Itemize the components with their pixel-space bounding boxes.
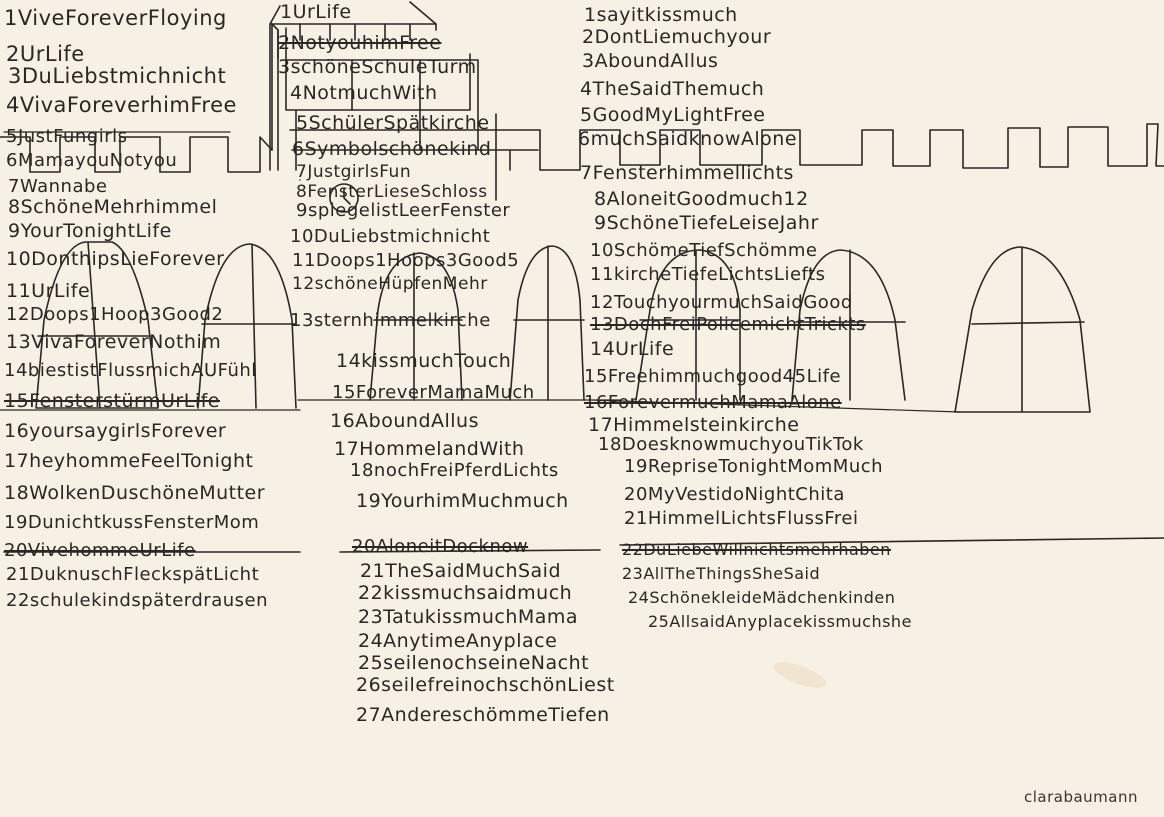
handwritten-line: 8FensterLieseSchloss xyxy=(296,184,488,201)
handwritten-line: 25seilenochseineNacht xyxy=(358,654,589,673)
handwritten-line: 23AllTheThingsSheSaid xyxy=(622,566,820,582)
handwritten-line: 12TouchyourmuchSaidGood xyxy=(590,294,853,312)
handwritten-line: 10DonthipsLieForever xyxy=(6,250,224,269)
handwritten-line: 5GoodMyLightFree xyxy=(580,106,766,125)
handwritten-line-struck: 2NotyouhimFree xyxy=(278,34,441,53)
handwritten-line: 23TatukissmuchMama xyxy=(358,608,578,627)
handwritten-line: 6muchSaidknowAlone xyxy=(578,130,797,149)
handwritten-line: 17Himmelsteinkirche xyxy=(588,416,799,435)
handwritten-line: 14biestistFlussmichAUFühl xyxy=(4,362,257,380)
handwritten-line: 25AllsaidAnyplacekissmuchshe xyxy=(648,614,912,630)
handwritten-line: 5SchülerSpätkirche xyxy=(296,114,490,133)
handwritten-line: 7Wannabe xyxy=(8,178,107,196)
handwritten-line: 11UrLife xyxy=(6,282,90,301)
handwritten-line: 19RepriseTonightMomMuch xyxy=(624,458,883,476)
handwritten-line: 24AnytimeAnyplace xyxy=(358,632,557,651)
handwritten-line: 21DuknuschFleckspätLicht xyxy=(6,566,259,584)
handwritten-line: 4VivaForeverhimFree xyxy=(6,95,237,116)
handwritten-line: 21HimmelLichtsFlussFrei xyxy=(624,510,859,528)
handwritten-line: 10SchömeTiefSchömme xyxy=(590,242,818,260)
handwritten-line: 3AboundAllus xyxy=(582,52,718,71)
handwritten-line: 15ForeverMamaMuch xyxy=(332,384,535,402)
handwritten-line: 20MyVestidoNightChita xyxy=(624,486,845,504)
handwritten-line: 18nochFreiPferdLichts xyxy=(350,462,559,480)
handwritten-line: 27AndereschömmeTiefen xyxy=(356,706,610,725)
handwritten-line: 3schöneSchuleTurm xyxy=(278,58,477,77)
handwritten-line: 19YourhimMuchmuch xyxy=(356,492,569,511)
arched-window-7 xyxy=(955,247,1090,412)
handwritten-line: 2UrLife xyxy=(6,44,85,65)
handwritten-line: 4TheSaidThemuch xyxy=(580,80,764,99)
arched-window-4 xyxy=(510,246,584,400)
handwritten-line: 16yoursaygirlsForever xyxy=(4,422,226,441)
handwritten-line: 6MamayouNotyou xyxy=(6,152,177,170)
handwritten-line: 17HommelandWith xyxy=(334,440,524,459)
handwritten-line: 10DuLiebstmichnicht xyxy=(290,228,490,246)
handwritten-line: 1UrLife xyxy=(280,3,352,22)
handwritten-line: 5JustFungirls xyxy=(6,128,128,146)
handwritten-line: 22schulekindspäterdrausen xyxy=(6,592,268,610)
handwritten-line: 6Symbolschönekind xyxy=(292,140,492,159)
handwritten-line: 11Doops1Hoops3Good5 xyxy=(292,252,519,270)
handwritten-line-struck: 20VivehommeUrLife xyxy=(4,542,196,560)
paper-sheet: 1ViveForeverFloying 2UrLife 3DuLiebstmic… xyxy=(0,0,1164,817)
handwritten-line: 1ViveForeverFloying xyxy=(4,8,227,29)
handwritten-line: 14UrLife xyxy=(590,340,674,359)
handwritten-line: 26seilefreinochschönLiest xyxy=(356,676,615,695)
handwritten-line: 8AloneitGoodmuch12 xyxy=(594,190,809,209)
paper-stain xyxy=(771,657,830,693)
handwritten-line: 14kissmuchTouch xyxy=(336,352,511,371)
handwritten-line: 9spiegelistLeerFenster xyxy=(296,202,510,220)
handwritten-line: 18DoesknowmuchyouTikTok xyxy=(598,436,864,454)
handwritten-line: 9SchöneTiefeLeiseJahr xyxy=(594,214,819,233)
handwritten-line: 24SchönekleideMädchenkinden xyxy=(628,590,895,606)
handwritten-line: 12schöneHüpfenMehr xyxy=(292,276,488,293)
handwritten-line: 17heyhommeFeelTonight xyxy=(4,452,253,471)
handwritten-line: 22kissmuchsaidmuch xyxy=(358,584,572,603)
handwritten-line: 15Freehimmuchgood45Life xyxy=(584,368,841,386)
handwritten-line: 7JustgirlsFun xyxy=(296,164,411,181)
handwritten-line-struck: 13DochFreiPolicemichtTrickts xyxy=(590,316,866,334)
handwritten-line-struck: 15FensterstürmUrLife xyxy=(4,392,220,411)
handwritten-line: 21TheSaidMuchSaid xyxy=(360,562,561,581)
handwritten-line: 1sayitkissmuch xyxy=(584,6,738,25)
handwritten-line: 19DunichtkussFensterMom xyxy=(4,514,259,532)
handwritten-line: 12Doops1Hoop3Good2 xyxy=(6,306,223,324)
handwritten-line: 13VivaForeverNothim xyxy=(6,333,221,352)
handwritten-line: 16AboundAllus xyxy=(330,412,479,431)
handwritten-line: 8SchöneMehrhimmel xyxy=(8,198,217,217)
handwritten-line: 2DontLiemuchyour xyxy=(582,28,771,47)
handwritten-line-struck: 16ForevermuchMamaAlone xyxy=(584,394,842,412)
handwritten-line: 11kircheTiefeLichtsLiefts xyxy=(590,266,825,284)
handwritten-line-struck: 22DuLiebeWillnichtsmehrhaben xyxy=(622,542,891,558)
handwritten-line-struck: 20AloneitDocknow xyxy=(352,538,528,556)
handwritten-line: 13sternhimmelkirche xyxy=(290,312,491,330)
handwritten-line: 4NotmuchWith xyxy=(290,84,438,103)
handwritten-line: 9YourTonightLife xyxy=(8,222,172,241)
handwritten-line: 18WolkenDuschöneMutter xyxy=(4,484,265,503)
handwritten-line: 3DuLiebstmichnicht xyxy=(8,66,226,87)
artist-signature: clarabaumann xyxy=(1024,788,1138,806)
handwritten-line: 7Fensterhimmellichts xyxy=(580,164,794,183)
